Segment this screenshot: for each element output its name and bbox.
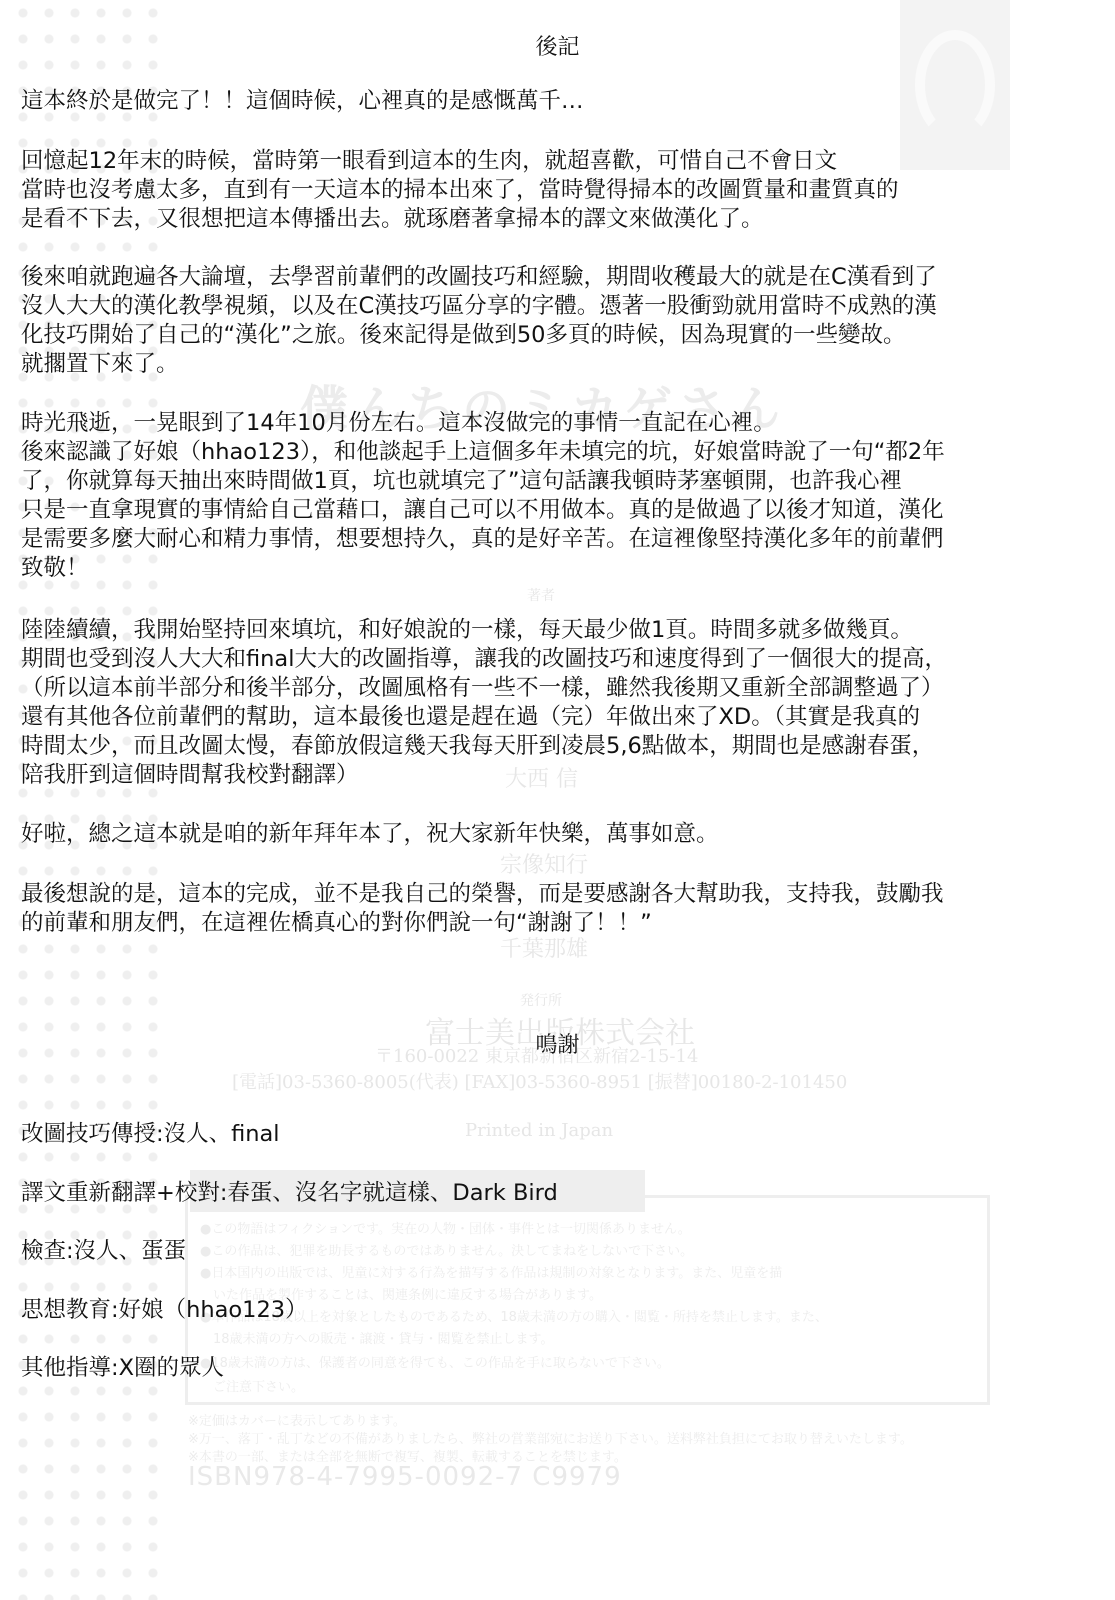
paragraph-line: 最後想說的是，這本的完成，並不是我自己的榮譽，而是要感謝各大幫助我，支持我，鼓勵… [21,880,1101,909]
paragraph-line: 的前輩和朋友們，在這裡佐橋真心的對你們說一句“謝謝了！！” [21,909,1101,938]
paragraph-line: 後來認識了好娘（hhao123），和他談起手上這個多年未填完的坑，好娘當時說了一… [21,438,1101,467]
afterword-paragraph-6: 好啦，總之這本就是咱的新年拜年本了，祝大家新年快樂，萬事如意。 [21,820,1101,849]
paragraph-line: 陸陸續續，我開始堅持回來填坑，和好娘說的一樣，每天最少做1頁。時間多就多做幾頁。 [21,616,1101,645]
paragraph-line: 還有其他各位前輩們的幫助，這本最後也還是趕在過（完）年做出來了XD。（其實是我真… [21,703,1101,732]
paragraph-line: 了，你就算每天抽出來時間做1頁，坑也就填完了”這句話讓我頓時茅塞頓開，也許我心裡 [21,467,1101,496]
credit-item: 譯文重新翻譯+校對:春蛋、沒名字就這樣、Dark Bird [21,1175,558,1207]
paragraph-line: 陪我肝到這個時間幫我校對翻譯） [21,761,1101,790]
paragraph-line: 就擱置下來了。 [21,350,1101,379]
paragraph-line: 好啦，總之這本就是咱的新年拜年本了，祝大家新年快樂，萬事如意。 [21,820,1101,849]
paragraph-line: 這本終於是做完了！！這個時候，心裡真的是感慨萬千… [21,87,1101,116]
paragraph-line: 時間太少，而且改圖太慢，春節放假這幾天我每天肝到凌晨5,6點做本，期間也是感謝春… [21,732,1101,761]
paragraph-line: 致敬！ [21,554,1101,583]
paragraph-line: 期間也受到沒人大大和final大大的改圖指導，讓我的改圖技巧和速度得到了一個很大… [21,645,1101,674]
paragraph-line: （所以這本前半部分和後半部分，改圖風格有一些不一樣，雖然我後期又重新全部調整過了… [21,674,1101,703]
paragraph-line: 回憶起12年末的時候，當時第一眼看到這本的生肉，就超喜歡，可惜自己不會日文 [21,147,1101,176]
credit-item: 改圖技巧傳授:沒人、final [21,1116,280,1148]
afterword-paragraph-1: 這本終於是做完了！！這個時候，心裡真的是感慨萬千… [21,87,1101,116]
paragraph-line: 後來咱就跑遍各大論壇，去學習前輩們的改圖技巧和經驗，期間收穫最大的就是在C漢看到… [21,263,1101,292]
afterword-paragraph-3: 後來咱就跑遍各大論壇，去學習前輩們的改圖技巧和經驗，期間收穫最大的就是在C漢看到… [21,263,1101,379]
paragraph-line: 化技巧開始了自己的“漢化”之旅。後來記得是做到50多頁的時候，因為現實的一些變故… [21,321,1101,350]
paragraph-line: 是需要多麼大耐心和精力事情，想要想持久，真的是好辛苦。在這裡像堅持漢化多年的前輩… [21,525,1101,554]
paragraph-line: 時光飛逝，一晃眼到了14年10月份左右。這本沒做完的事情一直記在心裡。 [21,409,1101,438]
afterword-paragraph-7: 最後想說的是，這本的完成，並不是我自己的榮譽，而是要感謝各大幫助我，支持我，鼓勵… [21,880,1101,938]
afterword-title: 後記 [0,30,1115,61]
paragraph-line: 沒人大大的漢化教學視頻，以及在C漢技巧區分享的字體。憑著一股衝勁就用當時不成熟的… [21,292,1101,321]
credits-title: 鳴謝 [0,1028,1115,1059]
paragraph-line: 只是一直拿現實的事情給自己當藉口，讓自己可以不用做本。真的是做過了以後才知道，漢… [21,496,1101,525]
afterword-paragraph-2: 回憶起12年末的時候，當時第一眼看到這本的生肉，就超喜歡，可惜自己不會日文 當時… [21,147,1101,234]
credit-item: 思想教育:好娘（hhao123） [21,1292,308,1324]
afterword-paragraph-4: 時光飛逝，一晃眼到了14年10月份左右。這本沒做完的事情一直記在心裡。 後來認識… [21,409,1101,583]
paragraph-line: 當時也沒考慮太多，直到有一天這本的掃本出來了，當時覺得掃本的改圖質量和畫質真的 [21,176,1101,205]
credit-item: 檢查:沒人、蛋蛋 [21,1233,186,1265]
paragraph-line: 是看不下去，又很想把這本傳播出去。就琢磨著拿掃本的譯文來做漢化了。 [21,205,1101,234]
afterword-page: 後記 這本終於是做完了！！這個時候，心裡真的是感慨萬千… 回憶起12年末的時候，… [0,0,1115,1600]
credit-item: 其他指導:X圈的眾人 [21,1350,224,1382]
afterword-paragraph-5: 陸陸續續，我開始堅持回來填坑，和好娘說的一樣，每天最少做1頁。時間多就多做幾頁。… [21,616,1101,790]
